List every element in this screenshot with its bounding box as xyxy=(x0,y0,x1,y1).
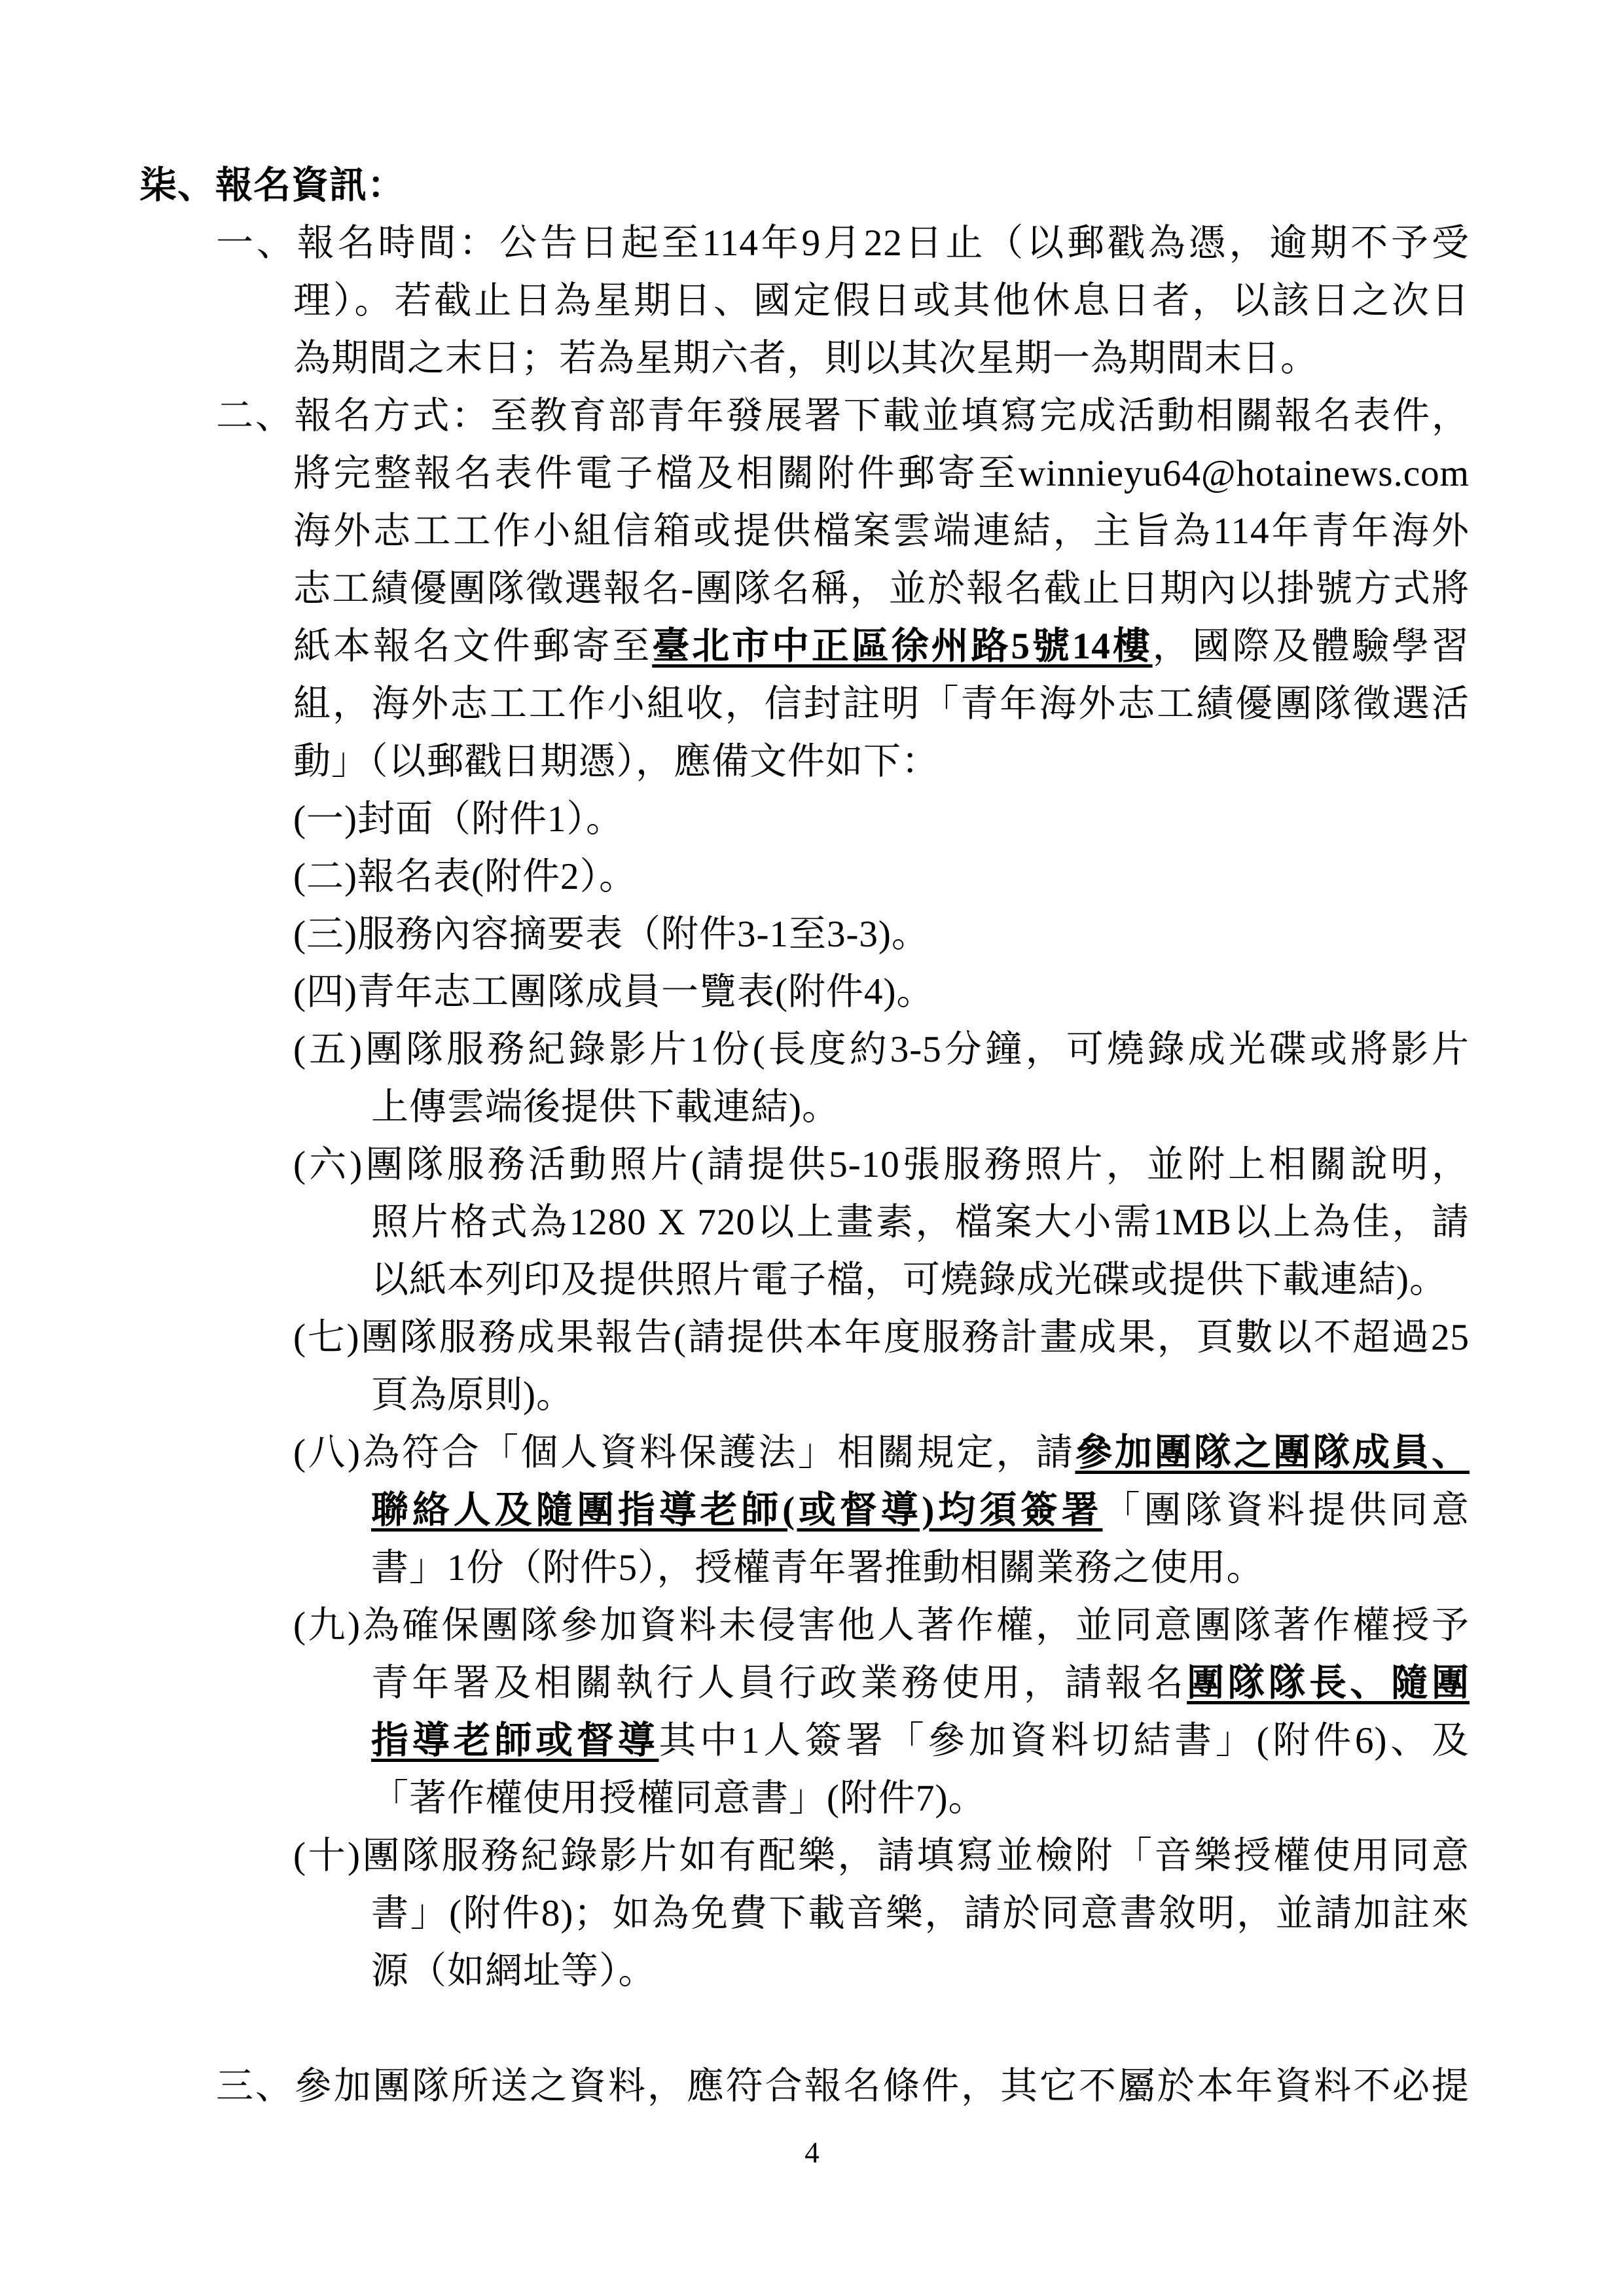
text-segment: 以紙本列印及提供照片電子檔，可燒錄成光碟或提供下載連結)。 xyxy=(371,1259,1447,1300)
text-segment: 動」（以郵戳日期憑），應備文件如下： xyxy=(293,741,939,782)
text-segment: (五)團隊服務紀錄影片1份(長度約3-5分鐘，可燒錄成光碟或將影片 xyxy=(293,1029,1470,1070)
text-segment: 書」1份（附件5），授權青年署推動相關業務之使用。 xyxy=(371,1547,1265,1588)
text-line: 二、報名方式：至教育部青年發展署下載並填寫完成活動相關報名表件， xyxy=(216,387,1470,445)
text-segment: (一)封面（附件1）。 xyxy=(293,798,624,840)
text-segment: (二)報名表(附件2）。 xyxy=(293,856,637,897)
text-segment: 照片格式為1280 X 720以上畫素，檔案大小需1MB以上為佳，請 xyxy=(371,1202,1470,1243)
text-segment: 一、報名時間：公告日起至114年9月22日止（以郵戳為憑，逾期不予受 xyxy=(216,223,1470,264)
text-line: 動」（以郵戳日期憑），應備文件如下： xyxy=(293,733,939,791)
text-line: 為期間之末日；若為星期六者，則以其次星期一為期間末日。 xyxy=(293,330,1318,387)
text-line: 書」(附件8)；如為免費下載音樂，請於同意書敘明，並請加註來 xyxy=(371,1885,1470,1943)
emphasized-text: 參加團隊之團隊成員、 xyxy=(1075,1432,1470,1473)
emphasized-text: 團隊隊長、隨團 xyxy=(1187,1662,1470,1704)
text-line: 上傳雲端後提供下載連結)。 xyxy=(371,1079,840,1136)
text-line: 源（如網址等）。 xyxy=(371,1943,657,2000)
text-segment: 其中1人簽署「參加資料切結書」(附件6)、及 xyxy=(659,1720,1470,1761)
text-segment: ，國際及體驗學習 xyxy=(1153,626,1470,667)
text-line: (六)團隊服務活動照片(請提供5-10張服務照片，並附上相關說明， xyxy=(293,1136,1470,1194)
text-segment: (九)為確保團隊參加資料未侵害他人著作權，並同意團隊著作權授予 xyxy=(293,1605,1470,1646)
text-line: 三、參加團隊所送之資料，應符合報名條件，其它不屬於本年資料不必提 xyxy=(216,2058,1470,2115)
text-segment: (三)服務內容摘要表（附件3-1至3-3)。 xyxy=(293,914,929,955)
text-line: 指導老師或督導其中1人簽署「參加資料切結書」(附件6)、及 xyxy=(371,1712,1470,1770)
text-segment: 書」(附件8)；如為免費下載音樂，請於同意書敘明，並請加註來 xyxy=(371,1893,1470,1934)
text-segment: 「著作權使用授權同意書」(附件7)。 xyxy=(371,1778,986,1819)
page-number: 4 xyxy=(0,2132,1624,2173)
emphasized-text: 指導老師或督導 xyxy=(371,1720,659,1761)
text-line: 照片格式為1280 X 720以上畫素，檔案大小需1MB以上為佳，請 xyxy=(371,1194,1470,1251)
text-segment: (七)團隊服務成果報告(請提供本年度服務計畫成果，頁數以不超過25 xyxy=(293,1317,1470,1358)
text-line: 頁為原則)。 xyxy=(371,1367,574,1424)
text-segment: 理）。若截止日為星期日、國定假日或其他休息日者，以該日之次日 xyxy=(293,280,1470,321)
text-line: 理）。若截止日為星期日、國定假日或其他休息日者，以該日之次日 xyxy=(293,272,1470,330)
text-segment: 青年署及相關執行人員行政業務使用，請報名 xyxy=(371,1662,1187,1704)
text-line: (十)團隊服務紀錄影片如有配樂，請填寫並檢附「音樂授權使用同意 xyxy=(293,1827,1470,1885)
text-segment: 海外志工工作小組信箱或提供檔案雲端連結，主旨為114年青年海外 xyxy=(293,511,1470,552)
text-segment: 紙本報名文件郵寄至 xyxy=(293,626,652,667)
text-line: 紙本報名文件郵寄至臺北市中正區徐州路5號14樓，國際及體驗學習 xyxy=(293,618,1470,675)
text-line: (三)服務內容摘要表（附件3-1至3-3)。 xyxy=(293,906,929,963)
text-line: 書」1份（附件5），授權青年署推動相關業務之使用。 xyxy=(371,1539,1265,1597)
text-segment: (十)團隊服務紀錄影片如有配樂，請填寫並檢附「音樂授權使用同意 xyxy=(293,1835,1470,1876)
text-segment: 源（如網址等）。 xyxy=(371,1950,657,1992)
document-page: 柒、報名資訊：一、報名時間：公告日起至114年9月22日止（以郵戳為憑，逾期不予… xyxy=(0,0,1624,2296)
text-segment: 柒、報名資訊： xyxy=(139,165,405,206)
text-line: 以紙本列印及提供照片電子檔，可燒錄成光碟或提供下載連結)。 xyxy=(371,1251,1447,1309)
text-line: (八)為符合「個人資料保護法」相關規定，請參加團隊之團隊成員、 xyxy=(293,1424,1470,1482)
text-line: (一)封面（附件1）。 xyxy=(293,791,624,848)
text-segment: 為期間之末日；若為星期六者，則以其次星期一為期間末日。 xyxy=(293,338,1318,379)
emphasized-text: 臺北市中正區徐州路5號14樓 xyxy=(652,626,1152,667)
text-line: 海外志工工作小組信箱或提供檔案雲端連結，主旨為114年青年海外 xyxy=(293,503,1470,560)
text-segment: 上傳雲端後提供下載連結)。 xyxy=(371,1086,840,1128)
text-segment: 二、報名方式：至教育部青年發展署下載並填寫完成活動相關報名表件， xyxy=(216,395,1470,437)
text-segment: (八)為符合「個人資料保護法」相關規定，請 xyxy=(293,1432,1075,1473)
text-segment: (六)團隊服務活動照片(請提供5-10張服務照片，並附上相關說明， xyxy=(293,1144,1470,1185)
text-line: 一、報名時間：公告日起至114年9月22日止（以郵戳為憑，逾期不予受 xyxy=(216,215,1470,272)
text-line: 將完整報名表件電子檔及相關附件郵寄至winnieyu64@hotainews.c… xyxy=(293,445,1470,503)
text-line: (五)團隊服務紀錄影片1份(長度約3-5分鐘，可燒錄成光碟或將影片 xyxy=(293,1021,1470,1079)
text-line: 柒、報名資訊： xyxy=(139,157,405,215)
text-line: 「著作權使用授權同意書」(附件7)。 xyxy=(371,1770,986,1827)
text-line: (二)報名表(附件2）。 xyxy=(293,848,637,906)
text-segment: 「團隊資料提供同意 xyxy=(1102,1490,1470,1531)
text-segment: 志工績優團隊徵選報名-團隊名稱，並於報名截止日期內以掛號方式將 xyxy=(293,568,1470,609)
text-line: (九)為確保團隊參加資料未侵害他人著作權，並同意團隊著作權授予 xyxy=(293,1597,1470,1655)
text-segment: 將完整報名表件電子檔及相關附件郵寄至winnieyu64@hotainews.c… xyxy=(293,453,1470,494)
text-line: 志工績優團隊徵選報名-團隊名稱，並於報名截止日期內以掛號方式將 xyxy=(293,560,1470,618)
emphasized-text: 聯絡人及隨團指導老師(或督導)均須簽署 xyxy=(371,1490,1102,1531)
text-line: 青年署及相關執行人員行政業務使用，請報名團隊隊長、隨團 xyxy=(371,1655,1470,1712)
text-segment: 頁為原則)。 xyxy=(371,1374,574,1416)
text-line: (七)團隊服務成果報告(請提供本年度服務計畫成果，頁數以不超過25 xyxy=(293,1309,1470,1367)
text-line: 聯絡人及隨團指導老師(或督導)均須簽署「團隊資料提供同意 xyxy=(371,1482,1470,1539)
text-segment: (四)青年志工團隊成員一覽表(附件4)。 xyxy=(293,971,934,1013)
text-segment: 組，海外志工工作小組收，信封註明「青年海外志工績優團隊徵選活 xyxy=(293,683,1470,725)
text-line: (四)青年志工團隊成員一覽表(附件4)。 xyxy=(293,963,934,1021)
text-segment: 三、參加團隊所送之資料，應符合報名條件，其它不屬於本年資料不必提 xyxy=(216,2066,1470,2107)
text-line: 組，海外志工工作小組收，信封註明「青年海外志工績優團隊徵選活 xyxy=(293,675,1470,733)
